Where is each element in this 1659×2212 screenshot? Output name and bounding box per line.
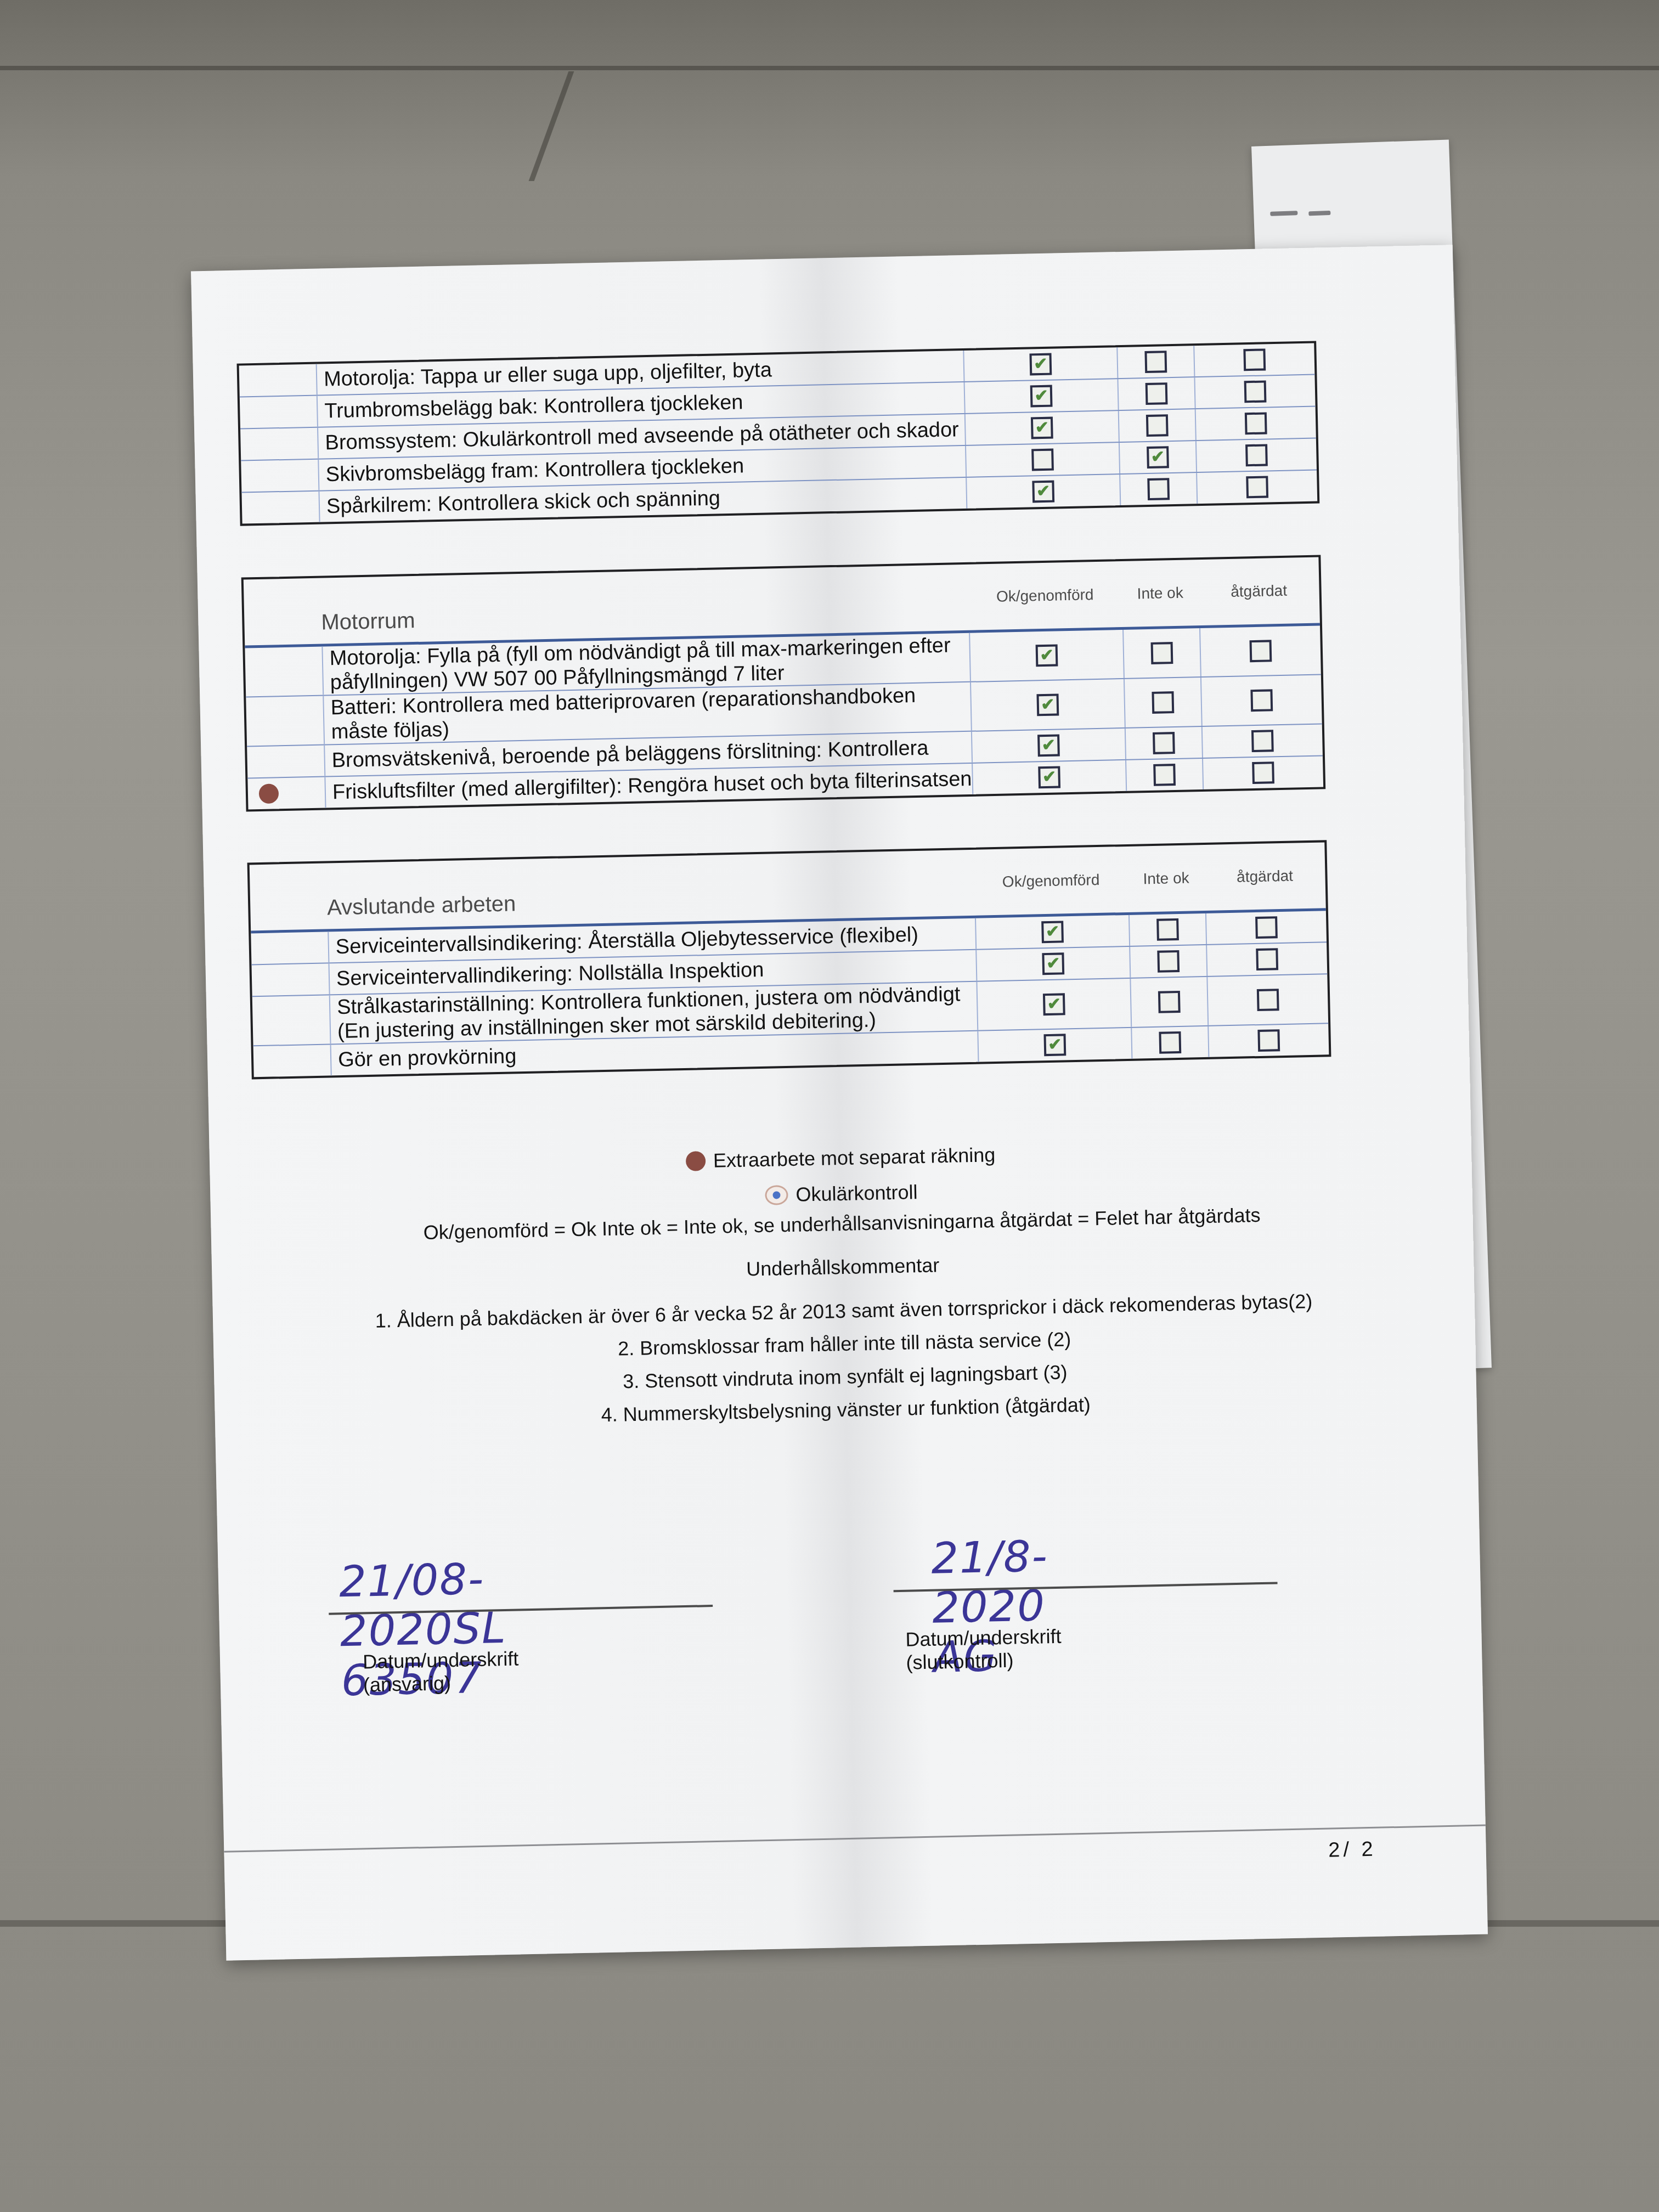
checkbox-cell-not-ok [1116, 346, 1194, 378]
staple-icon [1308, 211, 1330, 216]
empty-checkbox-icon[interactable] [1153, 732, 1175, 754]
empty-checkbox-icon[interactable] [1257, 1029, 1280, 1052]
checked-checkbox-icon[interactable]: ✔ [1043, 993, 1065, 1015]
extra-work-dot-icon [686, 1151, 706, 1171]
eye-icon [765, 1185, 788, 1205]
row-margin [241, 460, 318, 492]
checked-checkbox-icon[interactable]: ✔ [1030, 385, 1053, 408]
column-header-ok: Ok/genomförd [974, 871, 1128, 891]
checkbox-cell-ok: ✔ [964, 379, 1118, 413]
empty-checkbox-icon[interactable] [1146, 414, 1169, 437]
seat-seam-top [0, 66, 1659, 70]
checked-checkbox-icon[interactable]: ✔ [1031, 417, 1053, 439]
column-header-fixed: åtgärdat [1204, 867, 1325, 886]
seat-seam-left [529, 71, 574, 181]
checkbox-cell-ok [965, 443, 1119, 477]
checkbox-cell-not-ok [1128, 913, 1206, 946]
checkbox-cell-not-ok [1119, 473, 1197, 505]
checkbox-cell-fixed [1196, 471, 1317, 504]
checkbox-cell-ok: ✔ [975, 947, 1130, 981]
page-indicator: 2/ 2 [1328, 1838, 1376, 1863]
checkbox-cell-not-ok: ✔ [1119, 441, 1196, 473]
row-margin [241, 492, 319, 524]
checkbox-cell-ok: ✔ [970, 679, 1125, 731]
empty-checkbox-icon[interactable] [1257, 989, 1279, 1011]
checkbox-cell-ok: ✔ [972, 760, 1126, 794]
empty-checkbox-icon[interactable] [1156, 918, 1179, 941]
checked-checkbox-icon[interactable]: ✔ [1042, 952, 1064, 975]
checkbox-cell-ok: ✔ [977, 1028, 1131, 1062]
signature-final-check-label: Datum/underskrift (slutkontroll) [905, 1625, 1062, 1674]
checked-checkbox-icon[interactable]: ✔ [1036, 693, 1059, 716]
empty-checkbox-icon[interactable] [1144, 351, 1167, 373]
checkbox-cell-fixed [1206, 943, 1327, 976]
empty-checkbox-icon[interactable] [1243, 348, 1266, 371]
legend-visual-check-text: Okulärkontroll [795, 1181, 918, 1206]
checked-checkbox-icon[interactable]: ✔ [1038, 766, 1060, 788]
checkbox-cell-ok: ✔ [966, 475, 1120, 509]
row-margin [251, 932, 328, 964]
checkbox-cell-not-ok [1131, 1026, 1208, 1059]
row-margin [239, 364, 317, 397]
checkbox-cell-fixed [1199, 625, 1321, 676]
checkbox-cell-ok: ✔ [976, 979, 1131, 1030]
checkbox-cell-fixed [1195, 439, 1317, 472]
empty-checkbox-icon[interactable] [1153, 764, 1176, 786]
checkbox-cell-fixed [1193, 343, 1314, 377]
checkbox-cell-fixed [1202, 756, 1323, 789]
checkbox-cell-not-ok [1124, 678, 1201, 727]
row-margin [252, 963, 329, 996]
footer-divider [224, 1825, 1486, 1853]
column-header-fixed: åtgärdat [1198, 582, 1319, 601]
empty-checkbox-icon[interactable] [1031, 449, 1054, 471]
empty-checkbox-icon[interactable] [1244, 380, 1267, 403]
checked-checkbox-icon[interactable]: ✔ [1147, 446, 1169, 469]
service-protocol-page: Motorolja: Tappa ur eller suga upp, olje… [191, 245, 1488, 1960]
checkbox-cell-fixed [1194, 375, 1315, 409]
checked-checkbox-icon[interactable]: ✔ [1043, 1034, 1066, 1056]
checkbox-cell-ok: ✔ [969, 630, 1124, 681]
checkbox-cell-not-ok [1130, 977, 1207, 1027]
empty-checkbox-icon[interactable] [1145, 382, 1168, 405]
checkbox-cell-not-ok [1118, 409, 1195, 442]
section-engine-bay: MotorrumOk/genomfördInte okåtgärdatMotor… [241, 555, 1326, 811]
checked-checkbox-icon[interactable]: ✔ [1041, 921, 1064, 943]
empty-checkbox-icon[interactable] [1256, 948, 1278, 970]
checkbox-cell-ok: ✔ [964, 411, 1119, 445]
column-header-not-ok: Inte ok [1127, 870, 1205, 888]
checkbox-cell-not-ok [1129, 945, 1206, 978]
checkbox-cell-not-ok [1117, 377, 1194, 410]
section-final-work: Avslutande arbetenOk/genomfördInte okåtg… [247, 840, 1331, 1079]
empty-checkbox-icon[interactable] [1245, 444, 1268, 466]
checkbox-cell-not-ok [1125, 727, 1202, 759]
signature-responsible-label: Datum/underskrift (ansvarig) [363, 1647, 520, 1696]
checkbox-cell-not-ok [1122, 628, 1200, 678]
checkbox-cell-fixed [1206, 974, 1328, 1025]
staple-icon [1270, 211, 1297, 216]
row-margin [246, 696, 324, 746]
empty-checkbox-icon[interactable] [1251, 730, 1274, 752]
column-header-ok: Ok/genomförd [968, 586, 1122, 606]
checkbox-cell-fixed [1200, 675, 1322, 726]
row-margin [253, 1045, 331, 1077]
checkbox-cell-not-ok [1125, 759, 1203, 791]
checkbox-cell-ok: ✔ [971, 729, 1125, 763]
maintenance-comments: Underhållskommentar 1. Åldern på bakdäck… [212, 1238, 1477, 1440]
empty-checkbox-icon[interactable] [1151, 642, 1173, 664]
checkbox-cell-fixed [1207, 1024, 1329, 1057]
checked-checkbox-icon[interactable]: ✔ [1037, 734, 1060, 757]
checkbox-cell-fixed [1201, 724, 1323, 758]
checkbox-cell-ok: ✔ [963, 347, 1117, 381]
empty-checkbox-icon[interactable] [1152, 691, 1174, 714]
empty-checkbox-icon[interactable] [1246, 476, 1268, 498]
empty-checkbox-icon[interactable] [1245, 412, 1267, 435]
checkbox-cell-fixed [1205, 911, 1327, 944]
empty-checkbox-icon[interactable] [1250, 689, 1273, 712]
row-margin [247, 746, 324, 778]
empty-checkbox-icon[interactable] [1252, 761, 1274, 784]
empty-checkbox-icon[interactable] [1147, 478, 1170, 500]
row-margin [245, 647, 323, 697]
section-brakes: Motorolja: Tappa ur eller suga upp, olje… [237, 341, 1320, 526]
empty-checkbox-icon[interactable] [1159, 1031, 1181, 1054]
checkbox-cell-ok: ✔ [975, 915, 1129, 949]
extra-work-dot-icon [259, 783, 279, 804]
row-margin [247, 777, 325, 810]
empty-checkbox-icon[interactable] [1158, 991, 1181, 1013]
checkbox-cell-fixed [1195, 407, 1316, 441]
empty-checkbox-icon[interactable] [1250, 640, 1272, 662]
row-margin [240, 428, 318, 460]
row-margin [252, 995, 330, 1045]
row-margin [240, 396, 317, 428]
checked-checkbox-icon[interactable]: ✔ [1032, 481, 1054, 503]
checked-checkbox-icon[interactable]: ✔ [1029, 353, 1052, 376]
legend-extra-work-text: Extraarbete mot separat räkning [713, 1143, 996, 1172]
checked-checkbox-icon[interactable]: ✔ [1036, 644, 1058, 667]
empty-checkbox-icon[interactable] [1255, 916, 1278, 939]
empty-checkbox-icon[interactable] [1157, 950, 1180, 973]
column-header-not-ok: Inte ok [1121, 584, 1199, 602]
